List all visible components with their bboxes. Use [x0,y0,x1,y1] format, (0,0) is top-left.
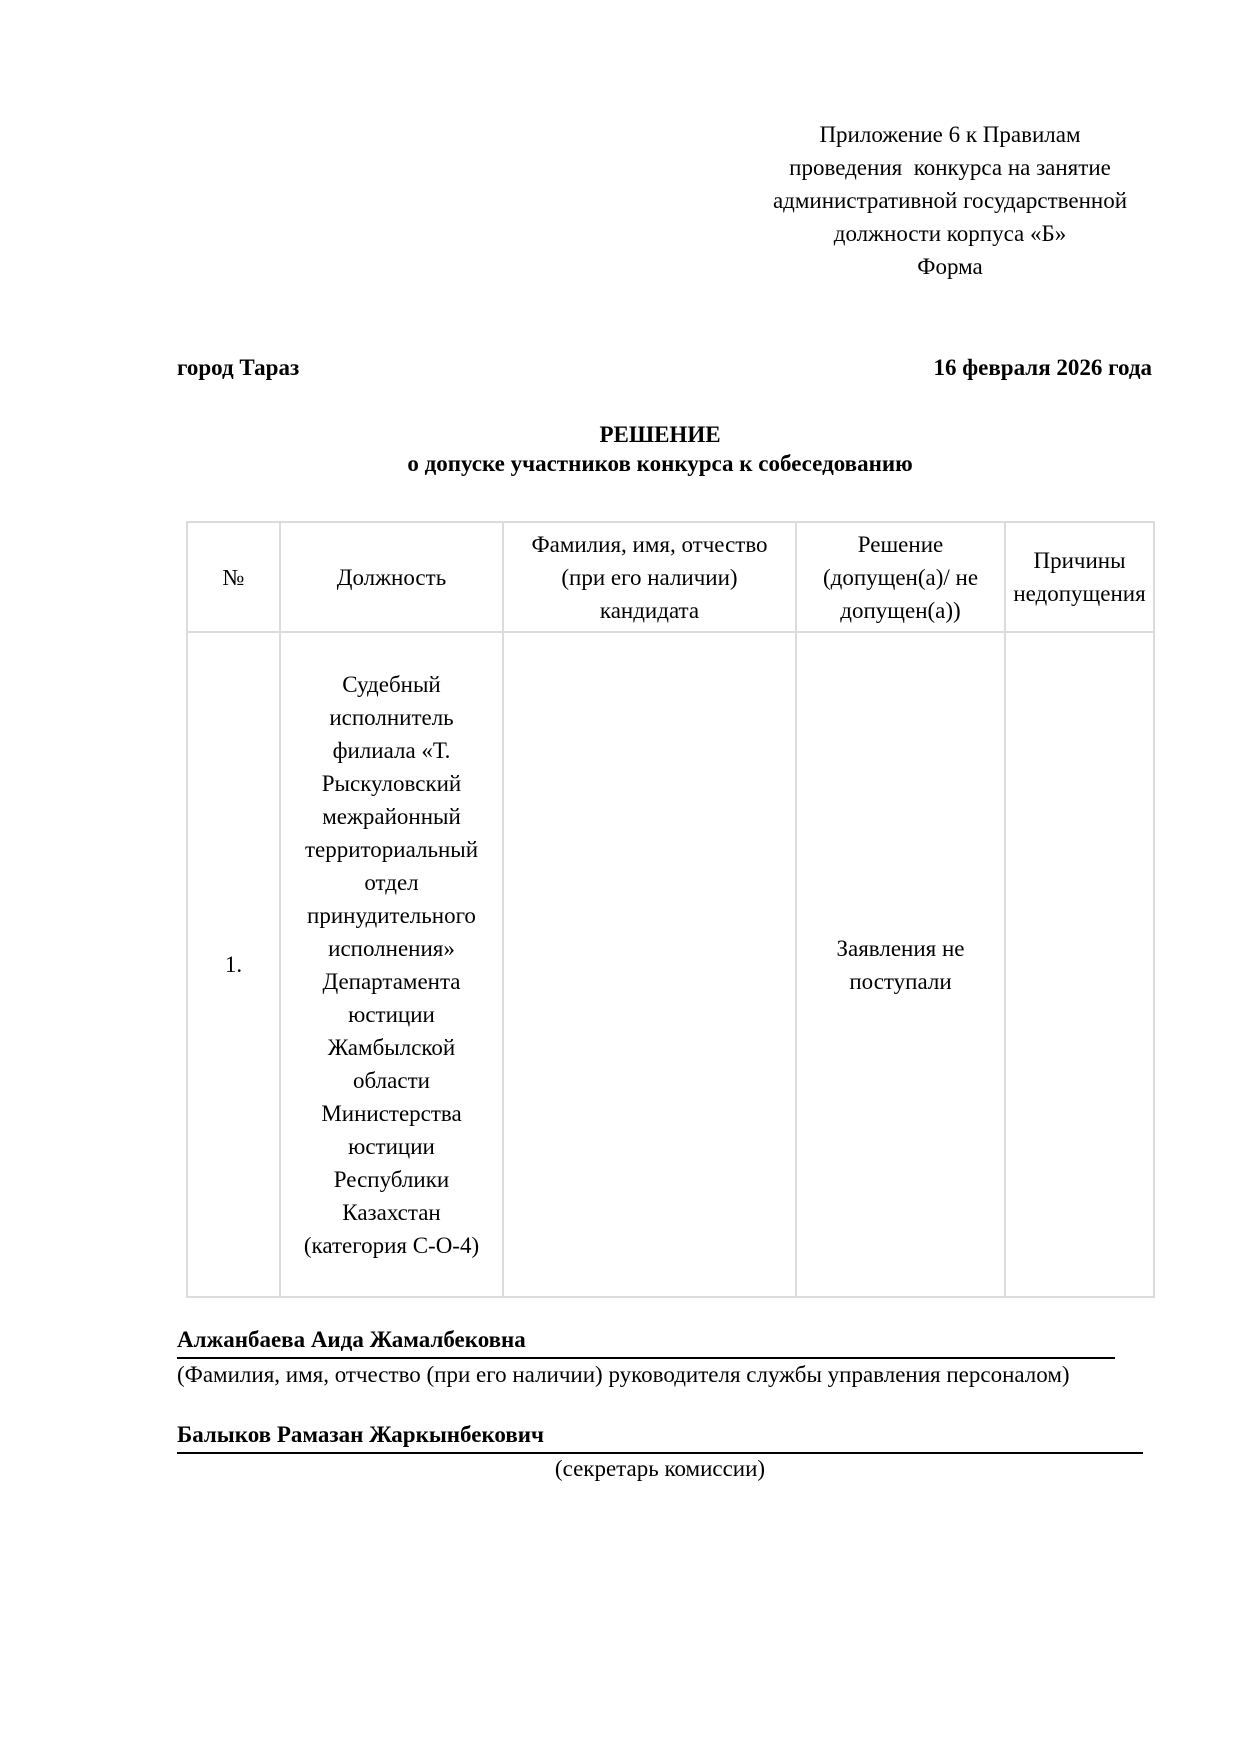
cell-decision-text: Заявления не поступали [797,932,1004,998]
appendix-block: Приложение 6 к Правилам проведения конку… [740,118,1160,283]
hr-head-caption: (Фамилия, имя, отчество (при его наличии… [177,1362,1070,1388]
hr-head-signature-line [177,1357,1115,1359]
col-header-number: № [187,522,280,632]
form-label: Форма [740,250,1160,283]
secretary-name: Балыков Рамазан Жаркынбекович [177,1422,544,1448]
appendix-line: Приложение 6 к Правилам [740,118,1160,151]
city: город Тараз [177,355,299,381]
decision-table: № Должность Фамилия, имя, отчество (при … [186,521,1155,1298]
appendix-line: должности корпуса «Б» [740,217,1160,250]
cell-position-text: Судебный исполнитель филиала «Т. Рыскуло… [281,668,502,1262]
cell-decision: Заявления не поступали [796,632,1005,1297]
secretary-caption: (секретарь комиссии) [0,1456,1241,1482]
col-header-reason: Причины недопущения [1005,522,1154,632]
document-subtitle: о допуске участников конкурса к собеседо… [0,451,1241,477]
col-header-candidate-text: Фамилия, имя, отчество (при его наличии)… [504,528,795,627]
appendix-line: проведения конкурса на занятие [740,151,1160,184]
document-date: 16 февраля 2026 года [934,355,1152,381]
table-header-row: № Должность Фамилия, имя, отчество (при … [187,522,1154,632]
hr-head-name: Алжанбаева Аида Жамалбековна [177,1327,526,1353]
col-header-candidate: Фамилия, имя, отчество (при его наличии)… [503,522,796,632]
cell-reason [1005,632,1154,1297]
secretary-signature-line [177,1452,1143,1454]
document-title: РЕШЕНИЕ [0,418,1241,451]
table-row: 1. Судебный исполнитель филиала «Т. Рыск… [187,632,1154,1297]
col-header-decision: Решение (допущен(а)/ не допущен(а)) [796,522,1005,632]
col-header-position: Должность [280,522,503,632]
col-header-decision-text: Решение (допущен(а)/ не допущен(а)) [797,528,1004,627]
cell-position: Судебный исполнитель филиала «Т. Рыскуло… [280,632,503,1297]
cell-number: 1. [187,632,280,1297]
appendix-line: административной государственной [740,184,1160,217]
cell-candidate [503,632,796,1297]
